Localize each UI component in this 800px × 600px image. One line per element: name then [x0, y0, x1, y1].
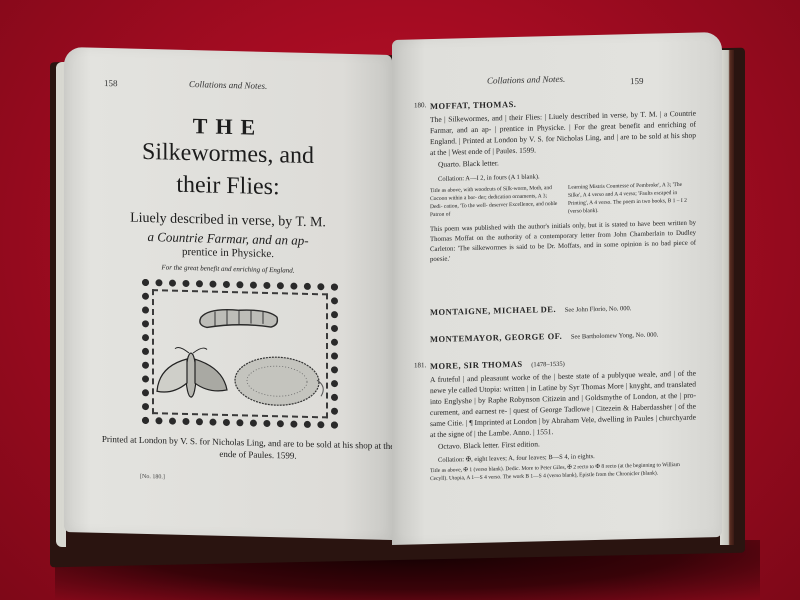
entry-notes: Title as above, with woodcuts of Silk-wo… — [430, 181, 696, 220]
entry-commentary: This poem was published with the author'… — [430, 219, 696, 266]
reference-number: [No. 180.] — [140, 474, 165, 481]
woodcut-illustration — [149, 286, 331, 421]
notes-right: Learning Mistris Countesse of Pembroke',… — [568, 181, 696, 216]
entry-montaigne: MONTAIGNE, MICHAEL DE. See John Florio, … — [430, 301, 696, 318]
right-running-head: Collations and Notes. — [487, 74, 565, 86]
moth-icon — [157, 347, 227, 398]
left-page: 158 Collations and Notes. THE Silkeworme… — [64, 47, 392, 540]
entry-number: 181. — [414, 361, 426, 369]
entry-moffat: 180. MOFFAT, THOMAS. The | Silkewormes, … — [430, 95, 696, 266]
notes-left: Title as above, with woodcuts of Silk-wo… — [430, 184, 558, 219]
left-folio: 158 — [104, 78, 118, 88]
right-folio: 159 — [630, 76, 644, 86]
left-running-head: Collations and Notes. — [189, 79, 267, 91]
entry-text: A fruteful | and pleasaunt worke of the … — [430, 368, 696, 441]
cross-reference: See Bartholomew Yong, No. 000. — [571, 331, 658, 340]
entry-dates: (1478–1535) — [531, 361, 565, 369]
page-edges-right — [720, 50, 734, 545]
entry-heading: MONTAIGNE, MICHAEL DE. — [430, 304, 556, 317]
cross-reference: See John Florio, No. 000. — [565, 305, 632, 314]
title-flies: their Flies: — [64, 169, 392, 204]
right-page: Collations and Notes. 159 180. MOFFAT, T… — [392, 32, 722, 545]
entry-more: 181. MORE, SIR THOMAS (1478–1535) A frut… — [430, 355, 696, 484]
subtitle-benefit: For the great benefit and enriching of E… — [64, 261, 392, 277]
entry-heading: MORE, SIR THOMAS — [430, 359, 523, 371]
cocoon-icon — [235, 356, 323, 406]
entry-montemayor: MONTEMAYOR, GEORGE OF. See Bartholomew Y… — [430, 328, 696, 345]
entry-number: 180. — [414, 101, 426, 109]
silkworm-icon — [200, 309, 278, 329]
woodcut-border — [142, 279, 338, 429]
entry-text: The | Silkewormes, and | their Flies: | … — [430, 108, 696, 159]
entry-heading: MONTEMAYOR, GEORGE OF. — [430, 331, 562, 344]
